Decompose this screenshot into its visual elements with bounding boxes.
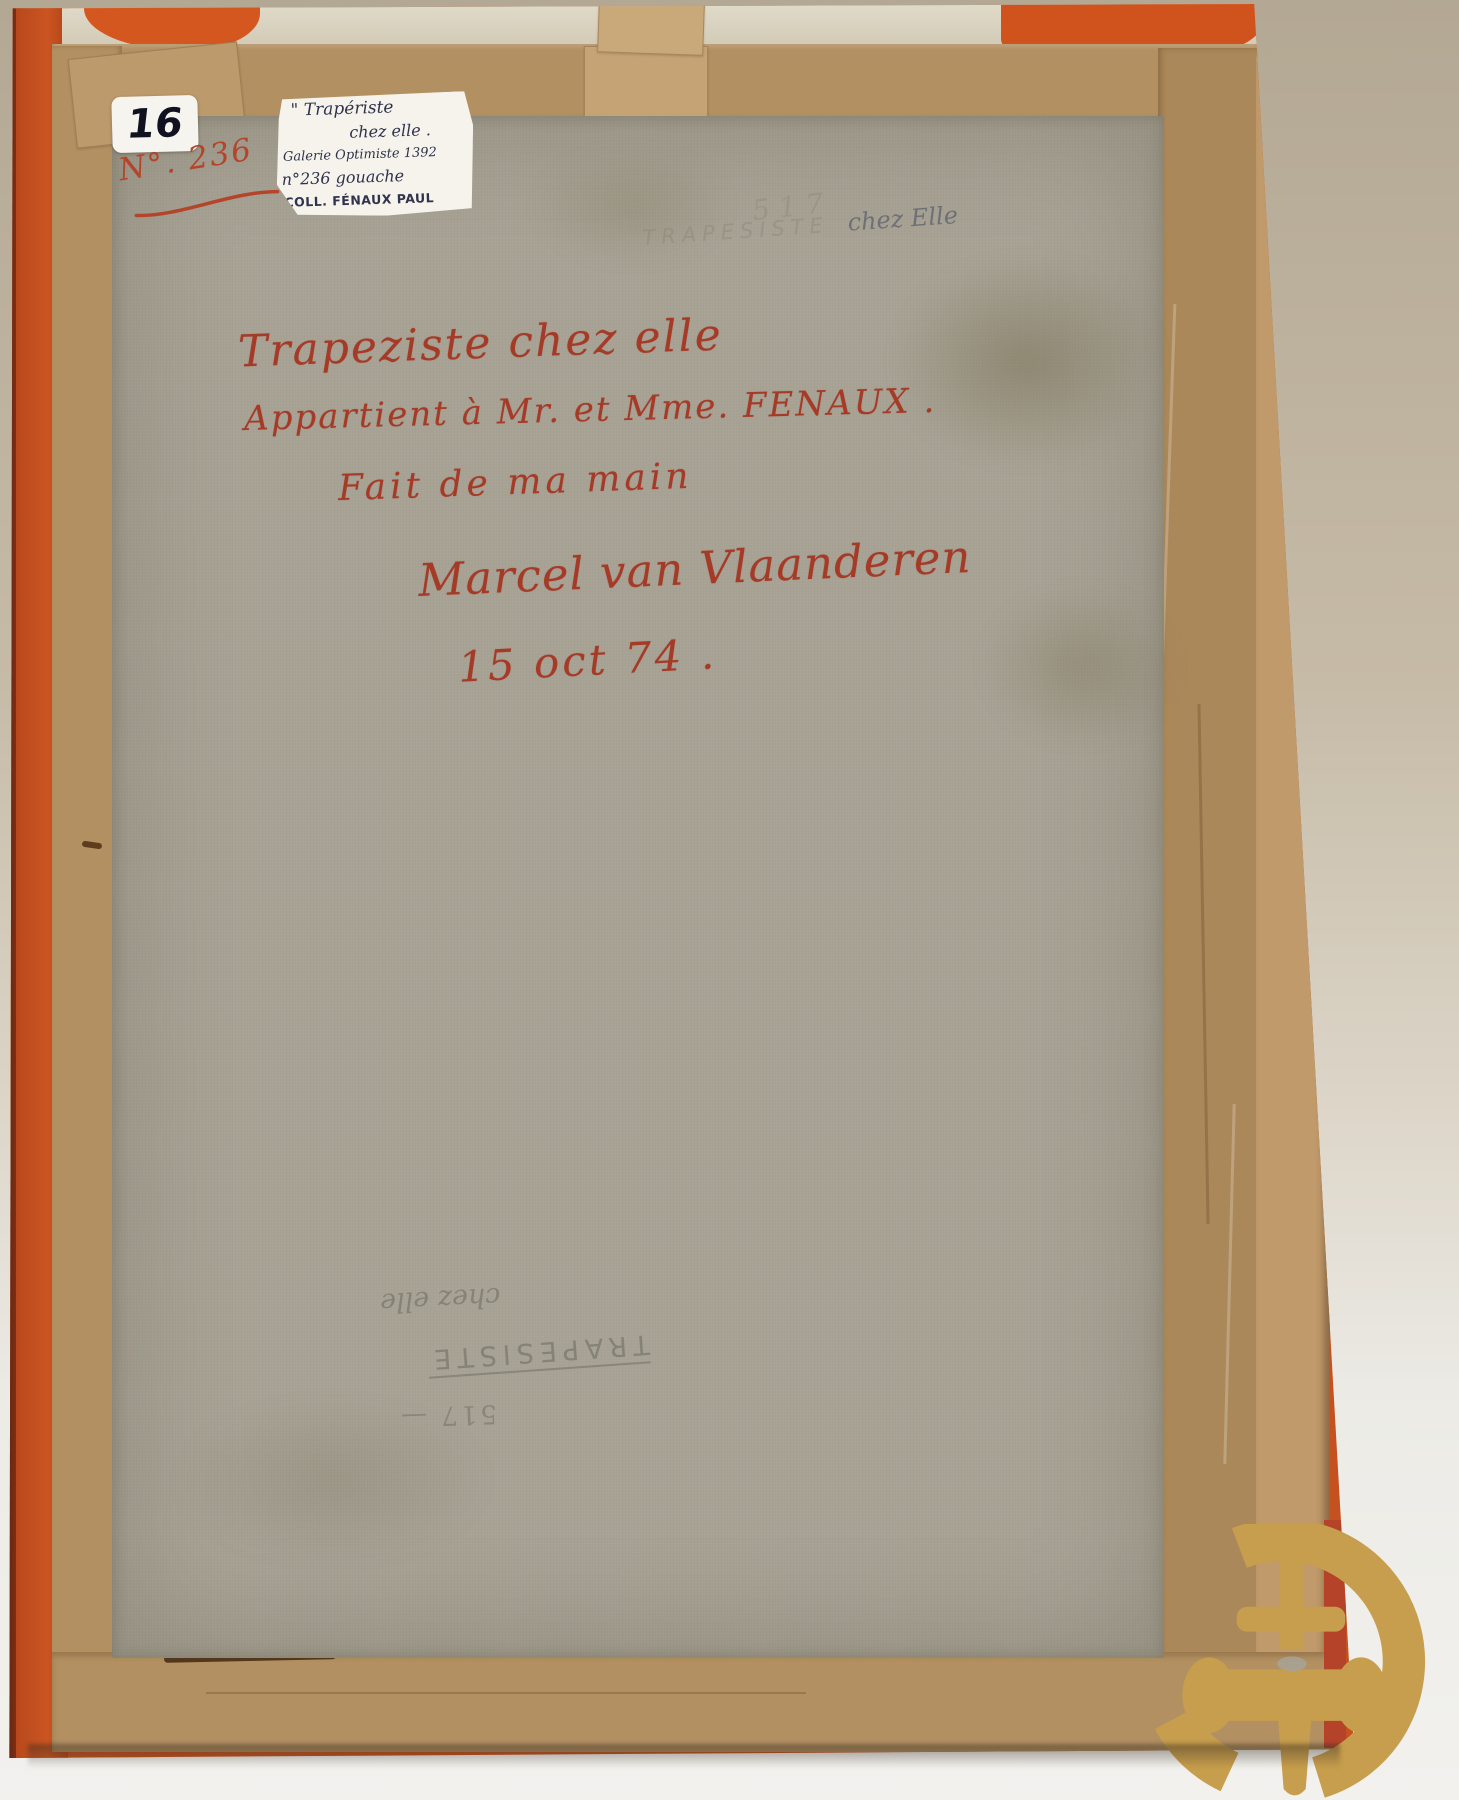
tape-crease [206, 1692, 806, 1694]
board-floor-shadow [28, 1744, 1340, 1768]
tape-piece-top-center [584, 46, 708, 124]
lot-number-text: 16 [125, 100, 186, 148]
board-right-edge [1256, 52, 1330, 1756]
label-collection: COLL. FÉNAUX PAUL [284, 190, 434, 210]
label-title: " Trapériste [290, 97, 394, 120]
label-number-medium: n°236 gouache [281, 166, 404, 189]
stain [892, 256, 1162, 466]
stain [980, 586, 1180, 746]
stain [532, 146, 732, 266]
gallery-label: " Trapériste chez elle . Galerie Optimis… [274, 91, 476, 219]
label-title-2: chez elle . [349, 120, 431, 142]
backing-board [6, 4, 1354, 1758]
tape-piece-over-top-edge [597, 0, 705, 56]
photo-artwork-back: 16 N°. 236 " Trapériste chez elle . Gale… [0, 0, 1459, 1800]
label-gallery: Galerie Optimiste 1392 [283, 145, 437, 165]
mirror-pencil-number: 517 — [398, 1398, 498, 1431]
mirror-pencil-subtitle: chez elle [379, 1281, 501, 1318]
